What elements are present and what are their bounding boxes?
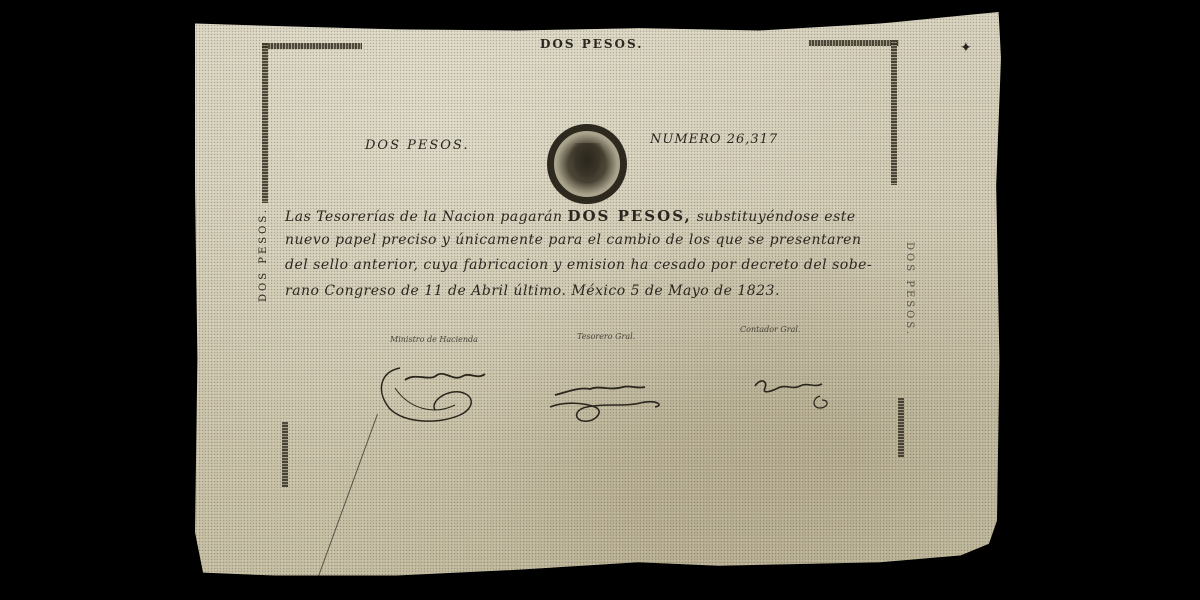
border-top-right (809, 40, 899, 46)
body-denomination: DOS PESOS, (567, 207, 691, 225)
body-line-4: rano Congreso de 11 de Abril último. Méx… (285, 283, 780, 299)
body-line-1-before: Las Tesorerías de la Nacion pagarán (285, 209, 563, 225)
signatory-title-1: Ministro de Hacienda (390, 335, 478, 344)
border-left-upper (262, 43, 268, 203)
eagle-icon (568, 143, 606, 185)
paper-damage-mark: ✦ (960, 40, 972, 56)
header-denomination: DOS PESOS. (540, 37, 643, 51)
signature-2 (545, 377, 675, 432)
body-line-1-after: substituyéndose este (697, 209, 856, 225)
paper-texture (195, 12, 1001, 590)
body-line-2: nuevo papel preciso y únicamente para el… (285, 232, 861, 248)
signatory-title-2: Tesorero Gral. (577, 332, 635, 341)
signature-3 (750, 374, 840, 419)
left-denomination: DOS PESOS. (365, 138, 470, 153)
body-line-3: del sello anterior, cuya fabricacion y e… (285, 257, 872, 273)
signatory-title-3: Contador Gral. (740, 325, 800, 334)
border-left-lower (282, 422, 288, 487)
border-right-upper (891, 40, 897, 185)
side-text-left: DOS PESOS. (258, 207, 269, 302)
paper-crease (312, 414, 378, 593)
signature-1 (375, 360, 505, 435)
banknote-paper: DOS PESOS. DOS PESOS. NUMERO 26,317 Las … (195, 12, 1001, 590)
side-text-right: DOS PESOS. (904, 242, 915, 337)
border-top-left (262, 43, 362, 49)
eagle-seal-icon (547, 124, 627, 204)
border-right-lower (898, 398, 904, 458)
body-line-1: Las Tesorerías de la Nacion pagarán DOS … (285, 207, 856, 225)
serial-number: NUMERO 26,317 (650, 132, 778, 147)
